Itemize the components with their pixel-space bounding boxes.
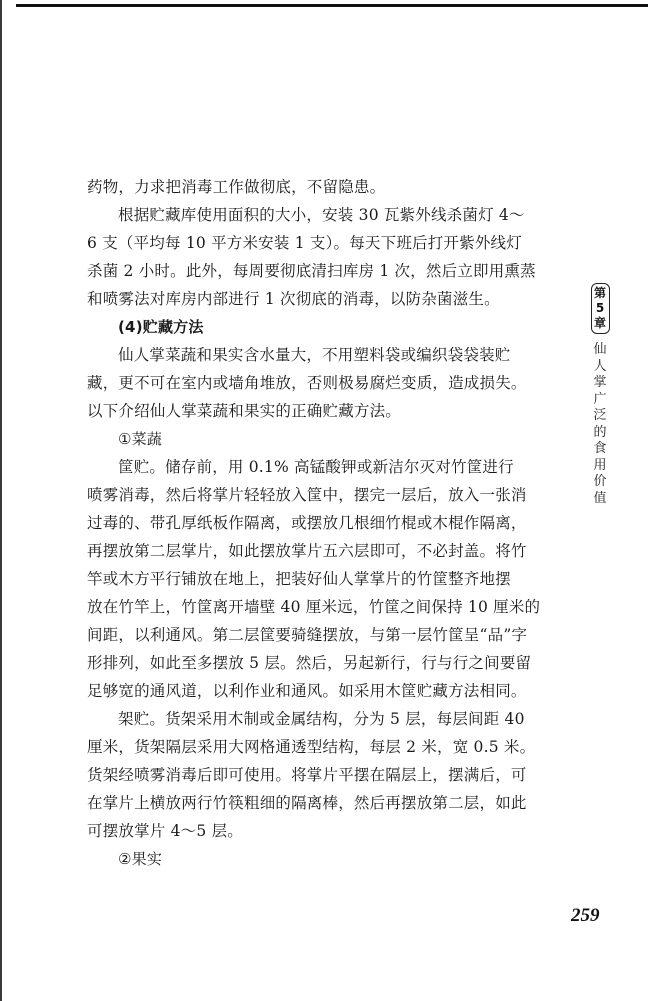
text-line: 间距，以利通风。第二层筐要骑缝摆放，与第一层竹筐呈“品”字 — [87, 621, 573, 649]
chapter-title: 仙 人 掌 广 泛 的 食 用 价 值 — [593, 342, 606, 507]
subsection-heading: ①菜蔬 — [87, 425, 573, 453]
chapter-title-char: 的 — [593, 425, 606, 442]
text-line: 仙人掌菜蔬和果实含水量大，不用塑料袋或编织袋袋装贮 — [87, 341, 573, 369]
text-line: 根据贮藏库使用面积的大小，安装 30 瓦紫外线杀菌灯 4～ — [87, 201, 573, 229]
page-left-edge — [0, 0, 2, 1001]
body-text: 药物，力求把消毒工作做彻底，不留隐患。 根据贮藏库使用面积的大小，安装 30 瓦… — [87, 173, 573, 873]
page-number: 259 — [571, 905, 600, 927]
chapter-tab: 第 5 章 仙 人 掌 广 泛 的 食 用 价 值 — [588, 283, 612, 507]
text-line: 足够宽的通风道，以利作业和通风。如采用木筐贮藏方法相同。 — [87, 677, 573, 705]
text-line: 竿或木方平行铺放在地上，把装好仙人掌掌片的竹筐整齐地摆 — [87, 565, 573, 593]
chapter-badge-char: 章 — [594, 316, 606, 331]
header-rule — [16, 4, 648, 7]
subsection-heading: ②果实 — [87, 845, 573, 873]
chapter-title-char: 食 — [593, 441, 606, 458]
chapter-title-char: 用 — [593, 458, 606, 475]
text-line: 过毒的、带孔厚纸板作隔离，或摆放几根细竹棍或木棍作隔离， — [87, 509, 573, 537]
text-line: 在掌片上横放两行竹筷粗细的隔离棒，然后再摆放第二层，如此 — [87, 789, 573, 817]
chapter-title-char: 人 — [593, 359, 606, 376]
text-line: 药物，力求把消毒工作做彻底，不留隐患。 — [87, 173, 573, 201]
chapter-badge: 第 5 章 — [591, 283, 610, 334]
text-line: 货架经喷雾消毒后即可使用。将掌片平摆在隔层上，摆满后，可 — [87, 761, 573, 789]
chapter-title-char: 泛 — [593, 408, 606, 425]
text-line: 和喷雾法对库房内部进行 1 次彻底的消毒，以防杂菌滋生。 — [87, 285, 573, 313]
text-line: 形排列，如此至多摆放 5 层。然后，另起新行，行与行之间要留 — [87, 649, 573, 677]
text-line: 可摆放掌片 4～5 层。 — [87, 817, 573, 845]
text-line: 放在竹竿上，竹筐离开墙壁 40 厘米远，竹筐之间保持 10 厘米的 — [87, 593, 573, 621]
text-line: 喷雾消毒，然后将掌片轻轻放入筐中，摆完一层后，放入一张消 — [87, 481, 573, 509]
chapter-title-char: 仙 — [593, 342, 606, 359]
text-line: 筐贮。储存前，用 0.1% 高锰酸钾或新洁尔灭对竹筐进行 — [87, 453, 573, 481]
text-line: 架贮。货架采用木制或金属结构，分为 5 层，每层间距 40 — [87, 705, 573, 733]
chapter-title-char: 值 — [593, 491, 606, 508]
chapter-title-char: 掌 — [593, 375, 606, 392]
text-line: 厘米，货架隔层采用大网格通透型结构，每层 2 米，宽 0.5 米。 — [87, 733, 573, 761]
section-heading: (4)贮藏方法 — [87, 313, 573, 341]
chapter-badge-char: 第 — [594, 286, 606, 301]
text-line: 杀菌 2 小时。此外，每周要彻底清扫库房 1 次，然后立即用熏蒸 — [87, 257, 573, 285]
text-line: 藏，更不可在室内或墙角堆放，否则极易腐烂变质，造成损失。 — [87, 369, 573, 397]
text-line: 再摆放第二层掌片，如此摆放掌片五六层即可，不必封盖。将竹 — [87, 537, 573, 565]
chapter-title-char: 广 — [593, 392, 606, 409]
text-line: 以下介绍仙人掌菜蔬和果实的正确贮藏方法。 — [87, 397, 573, 425]
text-line: 6 支（平均每 10 平方米安装 1 支）。每天下班后打开紫外线灯 — [87, 229, 573, 257]
chapter-badge-number: 5 — [596, 301, 604, 316]
chapter-title-char: 价 — [593, 474, 606, 491]
